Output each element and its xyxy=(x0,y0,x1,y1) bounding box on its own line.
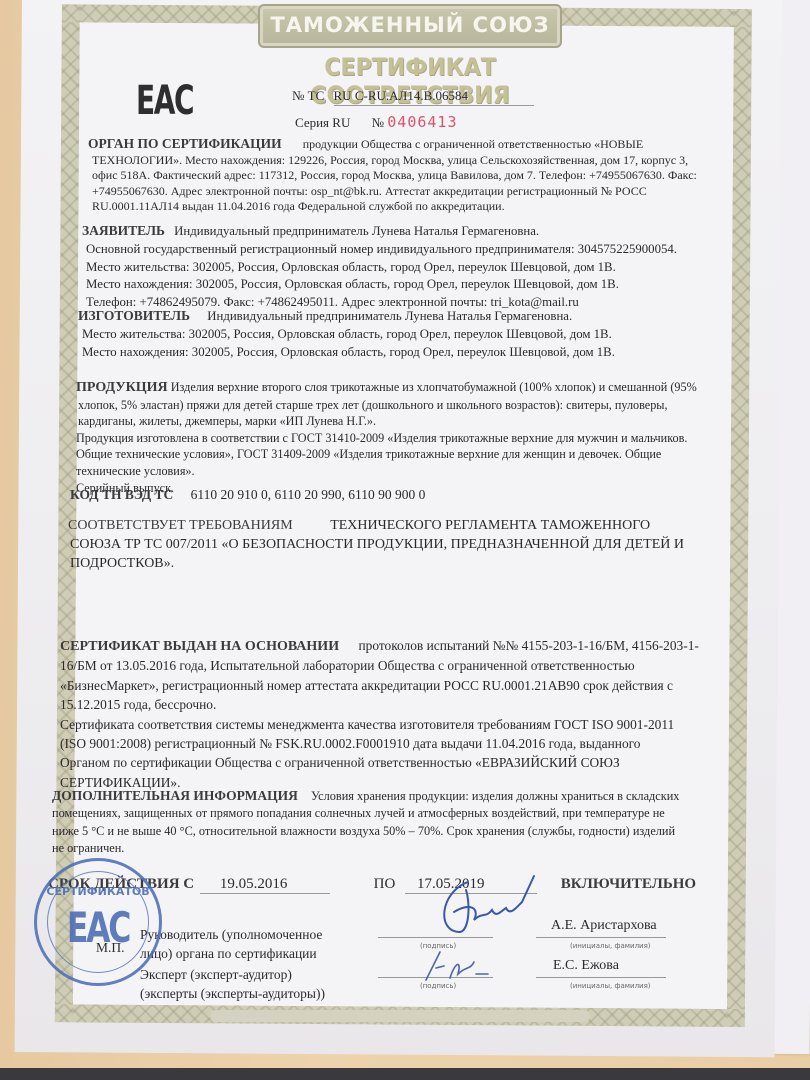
text-line: лицо) органа по сертификации xyxy=(140,944,322,963)
text-line: Место жительства: 302005, Россия, Орловс… xyxy=(78,325,728,343)
expert-label: Эксперт (эксперт-аудитор) (эксперты (экс… xyxy=(140,965,325,1003)
text-line: Основной государственный регистрационный… xyxy=(82,241,732,259)
number-value: RU C-RU.АЛ14.В.06584 xyxy=(334,88,534,106)
series-label: Серия RU xyxy=(295,115,350,130)
text-line: кардиганы, жилеты, джемперы, марки «ИП Л… xyxy=(76,413,736,430)
text-line: СОЮЗА ТР ТС 007/2011 «О БЕЗОПАСНОСТИ ПРО… xyxy=(68,535,748,554)
text-line: Индивидуальный предприниматель Лунева На… xyxy=(174,224,539,238)
text-line: продукции Общества с ограниченной ответс… xyxy=(303,137,644,151)
hs-code-value: 6110 20 910 0, 6110 20 990, 6110 90 900 … xyxy=(191,487,426,502)
text-line: RU.0001.11АЛ14 выдан 11.04.2016 года Фед… xyxy=(88,199,728,215)
text-line: Общие технические условия», ГОСТ 31409-2… xyxy=(76,446,736,463)
certification-body-label: ОРГАН ПО СЕРТИФИКАЦИИ xyxy=(88,136,282,151)
text-line: протоколов испытаний №№ 4155-203-1-16/БМ… xyxy=(358,638,698,653)
product-section: ПРОДУКЦИЯ Изделия верхние второго слоя т… xyxy=(76,379,736,496)
certificate-series: Серия RU № 0406413 xyxy=(295,114,457,132)
product-label: ПРОДУКЦИЯ xyxy=(76,380,168,395)
text-line: помещениях, защищенных от прямого попада… xyxy=(52,805,752,822)
text-line: Руководитель (уполномоченное xyxy=(140,925,322,944)
name-caption-head: (инициалы, фамилия) xyxy=(570,938,651,955)
validity-inclusive: ВКЛЮЧИТЕЛЬНО xyxy=(561,876,696,892)
text-line: Условия хранения продукции: изделия долж… xyxy=(311,789,680,803)
text-line: ТЕХНОЛОГИИ». Место нахождения: 129226, Р… xyxy=(88,153,728,169)
applicant-label: ЗАЯВИТЕЛЬ xyxy=(82,223,165,238)
head-label: Руководитель (уполномоченное лицо) орган… xyxy=(140,925,322,963)
text-line: не ограничен. xyxy=(52,840,752,857)
hs-code-row: КОД ТН ВЭД ТС 6110 20 910 0, 6110 20 990… xyxy=(70,487,425,504)
certification-body-section: ОРГАН ПО СЕРТИФИКАЦИИ продукции Общества… xyxy=(88,136,728,215)
validity-from-date: 19.05.2016 xyxy=(200,876,330,894)
customs-union-banner: ТАМОЖЕННЫЙ СОЮЗ xyxy=(258,4,562,48)
text-line: 15.12.2015 года, бессрочно. xyxy=(60,695,750,714)
serial-number: 0406413 xyxy=(387,113,457,131)
validity-to-label: ПО xyxy=(374,876,396,892)
text-line: Продукция изготовлена в соответствии с Г… xyxy=(76,430,736,447)
head-name: А.Е. Аристархова xyxy=(551,918,657,935)
conformity-label: СООТВЕТСТВУЕТ ТРЕБОВАНИЯМ xyxy=(68,518,293,533)
text-line: (эксперты (эксперты-аудиторы)) xyxy=(140,984,325,1003)
conformity-section: СООТВЕТСТВУЕТ ТРЕБОВАНИЯМ ТЕХНИЧЕСКОГО Р… xyxy=(68,516,748,573)
expert-name: Е.С. Ежова xyxy=(553,958,619,975)
text-line: ниже 5 °С и не выше 40 °С, относительной… xyxy=(52,823,752,840)
table-edge xyxy=(0,1068,810,1080)
expert-signature-icon xyxy=(418,944,508,984)
text-line: ПОДРОСТКОВ». xyxy=(68,554,748,573)
certificate-number: № ТС RU C-RU.АЛ14.В.06584 xyxy=(292,88,534,106)
text-line: Органом по сертификации Общества с огран… xyxy=(60,753,750,772)
text-line: Сертификата соответствия системы менеджм… xyxy=(60,715,750,734)
text-line: технические условия». xyxy=(76,463,736,480)
text-line: 16/БМ от 13.05.2016 года, Испытательной … xyxy=(60,656,750,675)
name-caption-expert: (инициалы, фамилия) xyxy=(570,978,651,995)
number-label: № ТС xyxy=(292,88,324,103)
text-line: хлопок, 5% эластан) пряжи для детей стар… xyxy=(76,397,736,414)
text-line: (ISO 9001:2008) регистрационный № FSK.RU… xyxy=(60,734,750,753)
stamp-eac-icon: EAC xyxy=(52,903,144,952)
text-line: Место нахождения: 302005, Россия, Орловс… xyxy=(78,343,728,361)
hs-code-label: КОД ТН ВЭД ТС xyxy=(70,487,173,502)
text-line: Индивидуальный предприниматель Лунева На… xyxy=(207,309,572,323)
serial-prefix: № xyxy=(372,115,384,130)
text-line: «БизнесМаркет», регистрационный номер ат… xyxy=(60,676,750,695)
manufacturer-label: ИЗГОТОВИТЕЛЬ xyxy=(78,308,190,323)
text-line: Место жительства: 302005, Россия, Орловс… xyxy=(82,259,732,277)
printer-imprint-strip xyxy=(210,1010,590,1022)
additional-info-label: ДОПОЛНИТЕЛЬНАЯ ИНФОРМАЦИЯ xyxy=(52,788,298,803)
certification-stamp: СЕРТИФИКАТОВ EAC xyxy=(34,858,162,986)
manufacturer-section: ИЗГОТОВИТЕЛЬ Индивидуальный предпринимат… xyxy=(78,307,728,361)
applicant-section: ЗАЯВИТЕЛЬ Индивидуальный предприниматель… xyxy=(82,222,732,312)
text-line: Изделия верхние второго слоя трикотажные… xyxy=(171,380,697,394)
eac-logo-icon: EAC xyxy=(136,78,193,124)
additional-info-section: ДОПОЛНИТЕЛЬНАЯ ИНФОРМАЦИЯ Условия хранен… xyxy=(52,787,752,858)
basis-label: СЕРТИФИКАТ ВЫДАН НА ОСНОВАНИИ xyxy=(60,639,339,654)
basis-section: СЕРТИФИКАТ ВЫДАН НА ОСНОВАНИИ протоколов… xyxy=(60,636,750,792)
text-line: Эксперт (эксперт-аудитор) xyxy=(140,965,325,984)
text-line: Место нахождения: 302005, Россия, Орловс… xyxy=(82,276,732,294)
text-line: +74955067630. Адрес электронной почты: o… xyxy=(88,184,728,200)
text-line: ТЕХНИЧЕСКОГО РЕГЛАМЕНТА ТАМОЖЕННОГО xyxy=(330,518,650,533)
head-signature-icon xyxy=(430,872,540,942)
stamp-text: СЕРТИФИКАТОВ xyxy=(37,885,159,898)
text-line: офис 518А. Фактический адрес: 117312, Ро… xyxy=(88,168,728,184)
